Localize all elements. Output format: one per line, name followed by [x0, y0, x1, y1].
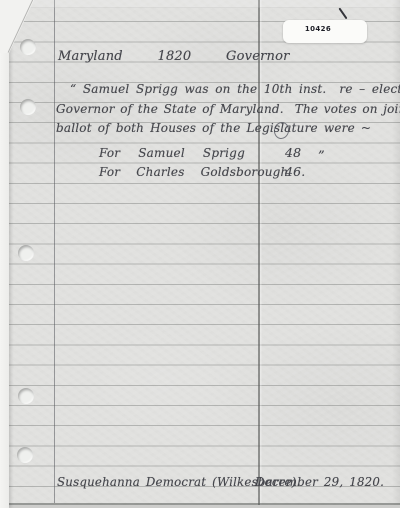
background-bottom-strip	[0, 505, 400, 508]
handwritten-title: Maryland 1820 Governor	[58, 50, 290, 63]
citation-date: December 29, 1820.	[255, 477, 384, 489]
paragraph-line: ballot of both Houses of the Legislature…	[56, 122, 371, 134]
stray-pen-mark	[338, 8, 347, 20]
paragraph-line: “ Samuel Sprigg was on the 10th inst. re…	[70, 83, 400, 95]
background-left-strip	[0, 0, 9, 508]
closing-quote-mark: ”	[318, 150, 325, 163]
paragraph-line: Governor of the State of Maryland. The v…	[56, 103, 400, 115]
page-right-edge-shadow	[392, 0, 400, 508]
punch-hole	[20, 99, 36, 115]
vote-row-value: 46.	[285, 166, 305, 179]
vote-row-label: For Samuel Sprigg	[99, 147, 245, 159]
punch-hole	[20, 39, 36, 55]
vote-row-label: For Charles Goldsborough	[99, 166, 288, 178]
margin-line	[54, 0, 55, 503]
punch-hole	[18, 245, 34, 261]
vote-row-value: 48	[285, 147, 301, 160]
ruled-lines	[8, 2, 400, 504]
scanned-document-page: 10426 Maryland 1820 Governor “ Samuel Sp…	[0, 0, 400, 508]
paper-grain	[0, 0, 400, 508]
paper-texture	[0, 0, 400, 508]
page-crease-line	[258, 0, 260, 508]
catalog-number: 10426	[283, 20, 367, 33]
catalog-number-sticker: 10426	[283, 20, 367, 43]
punch-hole	[18, 388, 34, 404]
punch-hole	[17, 447, 33, 463]
